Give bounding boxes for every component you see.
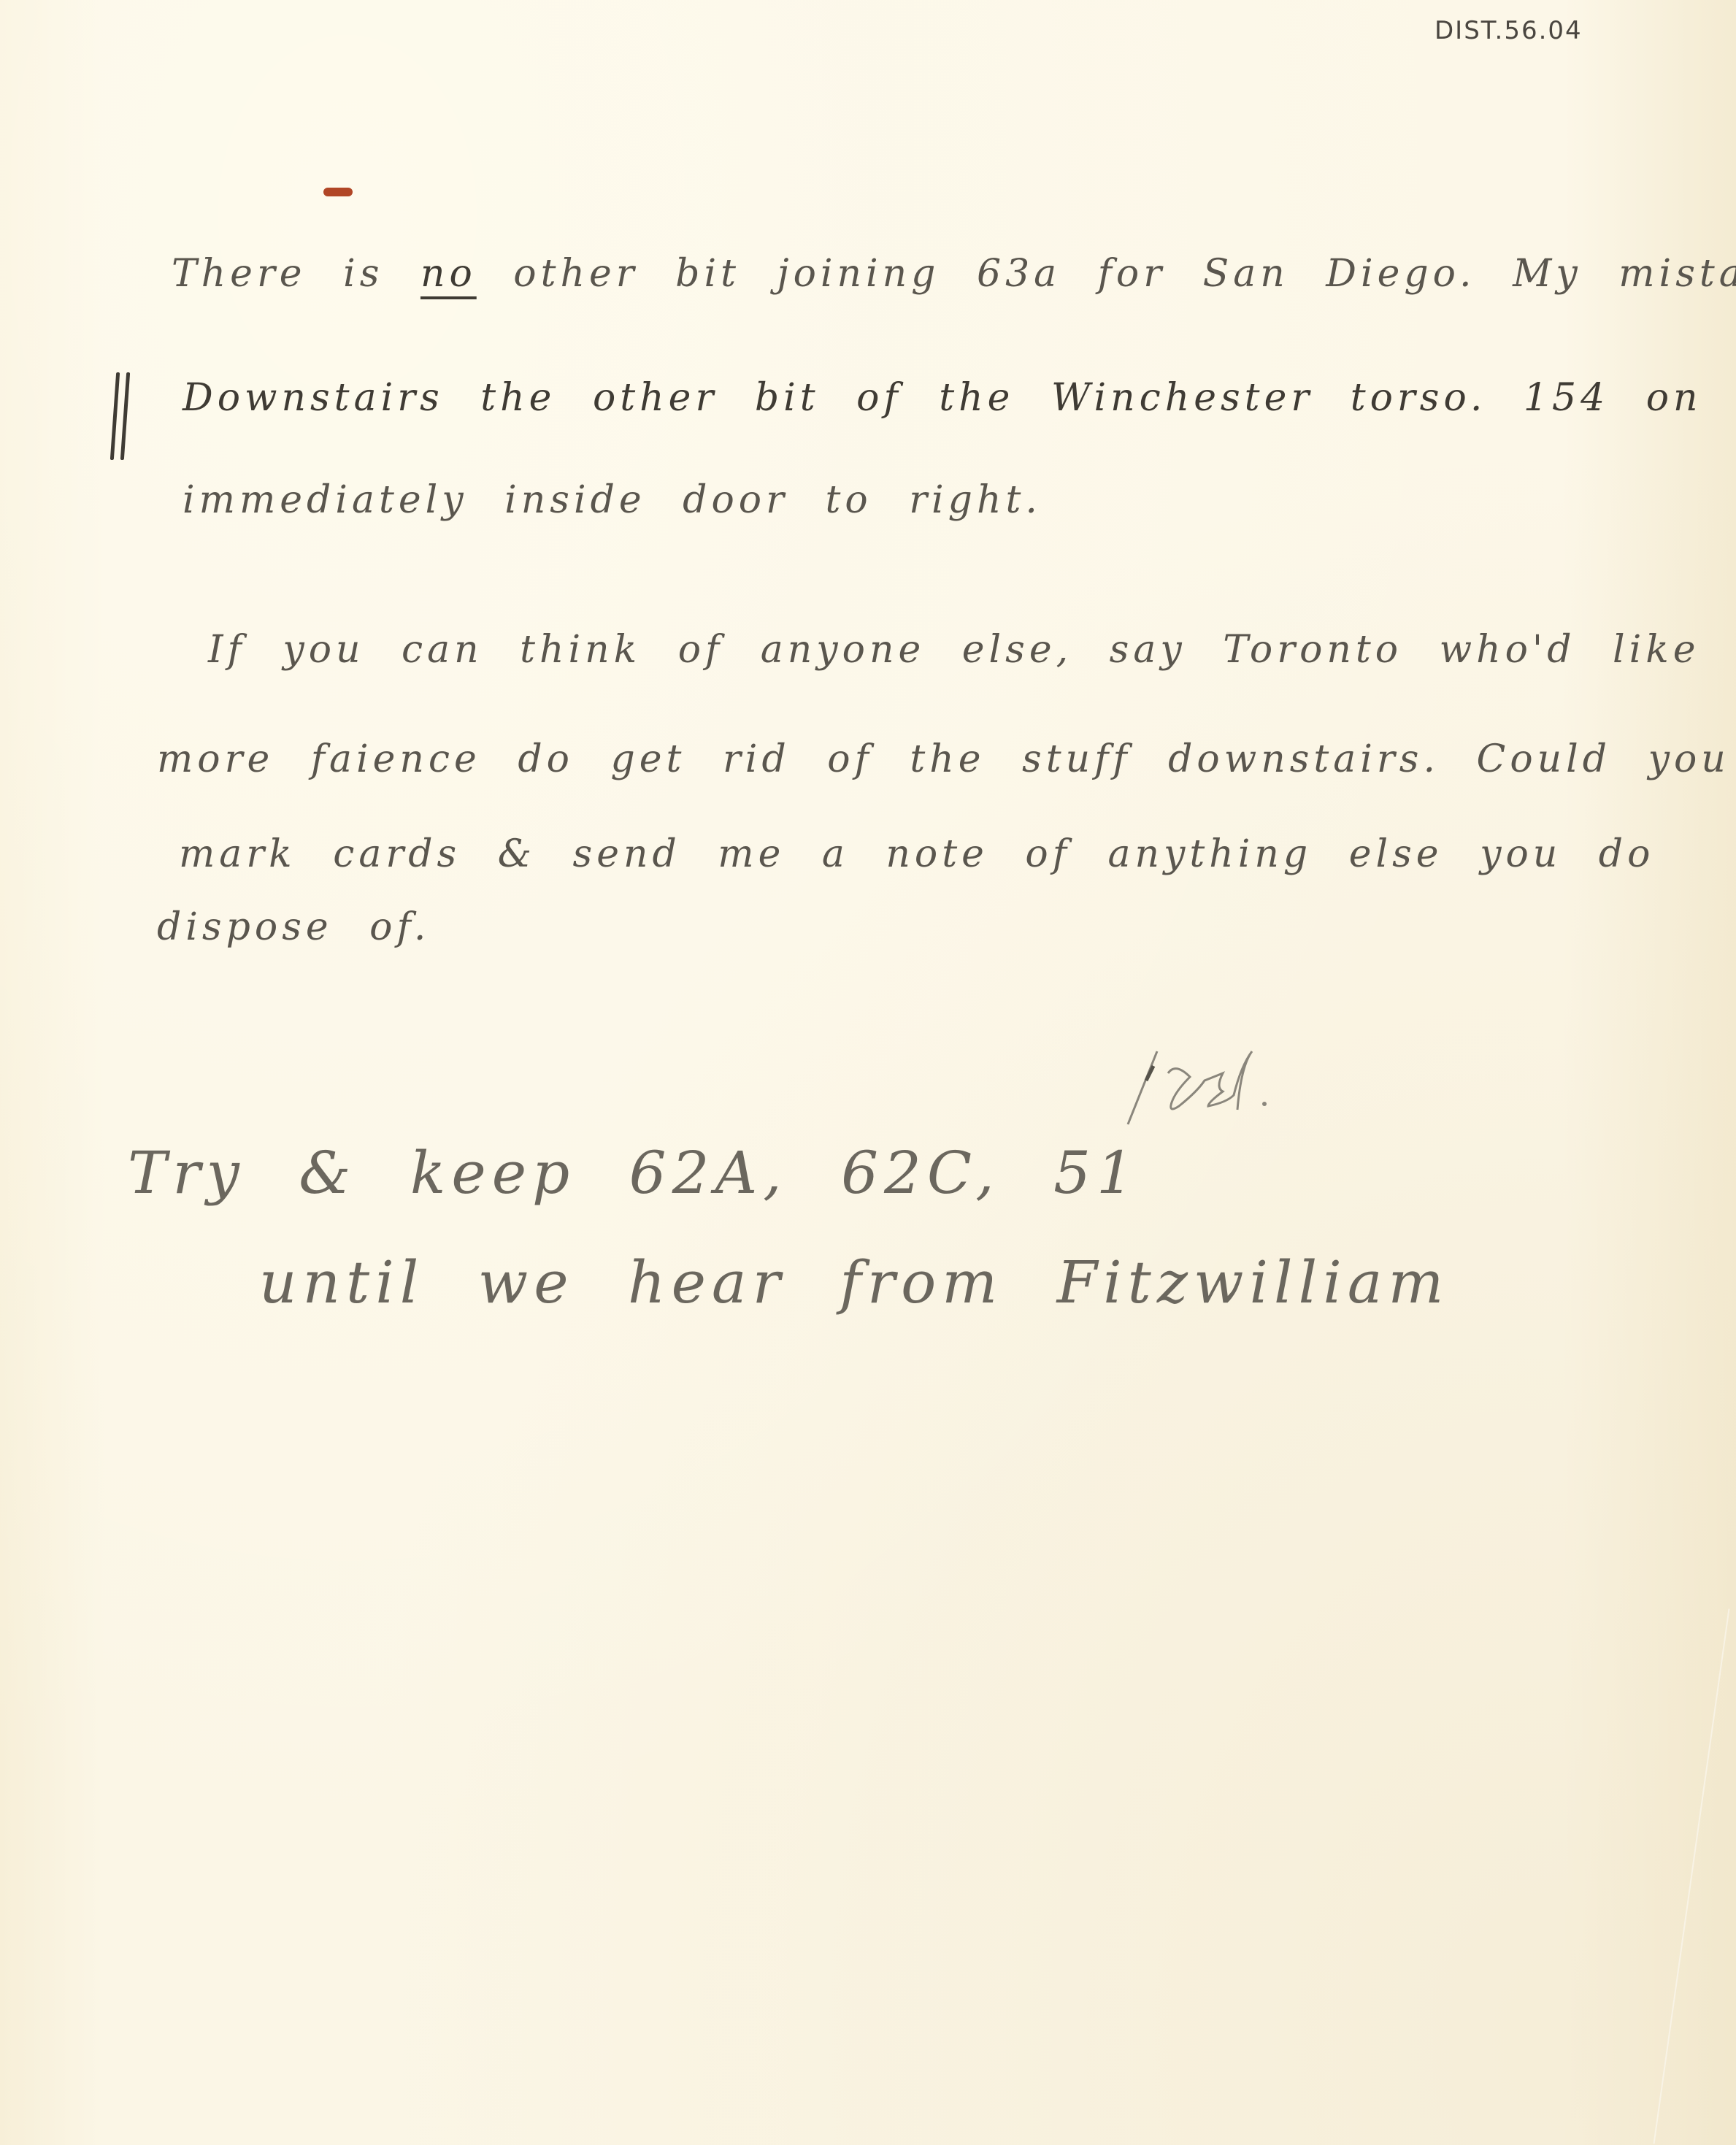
postscript-line-2: until we hear from Fitzwilliam: [259, 1248, 1449, 1316]
text-segment: There is: [172, 252, 383, 296]
paragraph-2-line-1: Downstairs the other bit of the Winchest…: [183, 376, 1736, 420]
paragraph-3-line-2: more faience do get rid of the stuff dow…: [157, 737, 1730, 781]
paragraph-3-line-3: mark cards & send me a note of anything …: [179, 832, 1654, 876]
margin-double-bar-mark: [113, 372, 135, 467]
paragraph-2-line-2: immediately inside door to right.: [183, 478, 1042, 522]
archive-reference: DIST.56.04: [1434, 16, 1583, 45]
paragraph-3-line-1: If you can think of anyone else, say Tor…: [208, 628, 1700, 672]
text-segment: other bit joining 63a for San Diego. My …: [513, 252, 1736, 296]
paragraph-3-line-4: dispose of.: [157, 905, 430, 949]
postscript-line-1: Try & keep 62A, 62C, 51: [128, 1139, 1140, 1207]
paper-fold-crease: [1654, 1608, 1730, 2144]
paragraph-1-line-1: There is no other bit joining 63a for Sa…: [172, 252, 1736, 296]
red-ink-mark: [323, 188, 353, 196]
underlined-emphasis: no: [420, 252, 477, 296]
signature: JDB.: [1124, 1022, 1329, 1132]
signature-scrawl-icon: [1124, 1022, 1329, 1132]
